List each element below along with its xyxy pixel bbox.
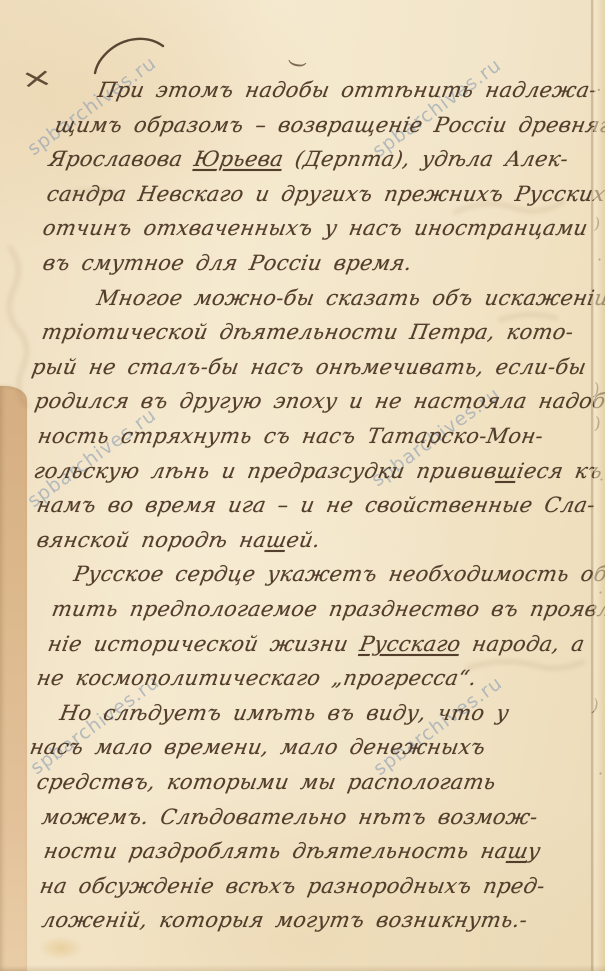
- paper-stain: [38, 936, 84, 960]
- text-line: въ смутное для Россіи время.: [41, 251, 414, 275]
- right-page-crease: [591, 0, 593, 971]
- text-line: насъ мало времени, мало денежныхъ: [28, 735, 487, 759]
- text-line: тить предпологаемое празднество въ прояв…: [50, 597, 605, 621]
- text-line: ложеній, которыя могутъ возникнуть.-: [40, 908, 529, 932]
- margin-cross-mark: ×: [19, 62, 55, 95]
- right-page-edge: [594, 0, 605, 971]
- text-line: намъ во время ига – и не свойственные Сл…: [35, 493, 597, 517]
- text-line: ность стряхнуть съ насъ Татарско-Мон-: [36, 424, 545, 448]
- text-line: Но слѣдуетъ имѣть въ виду, что у: [58, 701, 511, 725]
- underlined-word: Русскаго: [358, 632, 463, 656]
- text-line: Русское сердце укажетъ необходимость обр…: [72, 562, 605, 586]
- bottom-page-edge: [0, 965, 605, 971]
- text-line: можемъ. Слѣдовательно нѣтъ возмож-: [40, 805, 540, 829]
- text-line: ніе исторической жизни Русскаго народа, …: [46, 632, 587, 656]
- text-line: средствъ, которыми мы распологать: [35, 770, 498, 794]
- text-line: ности раздроблять дѣятельность нашу: [42, 839, 543, 863]
- underlined-word: ш: [264, 528, 288, 552]
- underlined-word: ш: [495, 459, 519, 483]
- text-line: Многое можно-бы сказать объ искаженіи па…: [95, 286, 605, 310]
- manuscript-page: spbarchives.ruspbarchives.ruspbarchives.…: [0, 0, 605, 971]
- text-line: Ярославова Юрьева (Дерпта), удѣла Алек-: [47, 147, 570, 171]
- underlined-word: ш: [506, 839, 530, 863]
- text-line: тріотической дѣятельности Петра, кото-: [40, 320, 575, 344]
- underlined-word: Юрьева: [192, 147, 285, 171]
- text-line: гольскую лѣнь и предразсудки привившіеся…: [32, 459, 604, 483]
- text-line: отчинъ отхваченныхъ у насъ иностранцами: [41, 216, 590, 240]
- text-line: вянской породѣ нашей.: [35, 528, 322, 552]
- text-line: щимъ образомъ – возвращеніе Россіи древн…: [53, 113, 605, 137]
- text-line: сандра Невскаго и другихъ прежнихъ Русск…: [45, 182, 605, 206]
- text-line: не космополитическаго „прогресса“.: [35, 666, 479, 690]
- text-line: на обсужденіе всѣхъ разнородныхъ пред-: [38, 874, 547, 898]
- text-line: рый не сталъ-бы насъ онѣмечивать, если-б…: [30, 355, 588, 379]
- text-line: При этомъ надобы оттѣнить надлежа-: [96, 78, 599, 102]
- text-line: родился въ другую эпоху и не настояла на…: [33, 389, 605, 413]
